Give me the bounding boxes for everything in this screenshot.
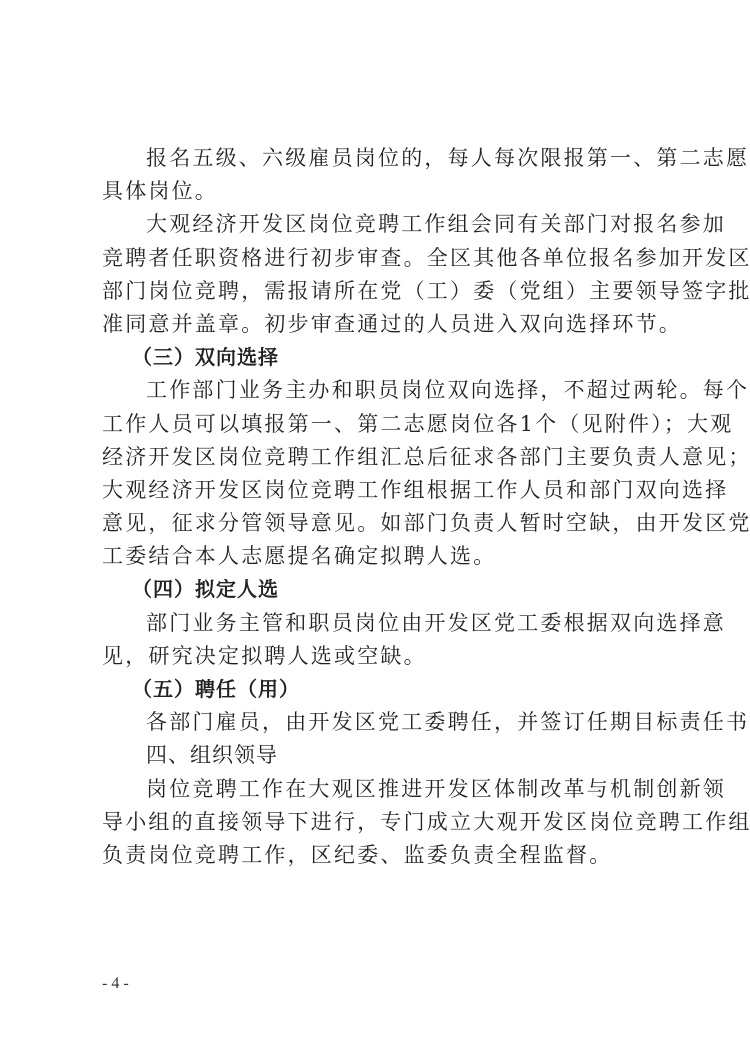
text-line: 负责岗位竞聘工作，区纪委、监委负责全程监督。 [102,839,660,872]
text-line: 部门岗位竞聘，需报请所在党（工）委（党组）主要领导签字批 [102,275,660,308]
section-heading-bidirectional-selection: （三）双向选择 [102,341,660,374]
text-line: 见，研究决定拟聘人选或空缺。 [102,640,660,673]
text-line: 大观经济开发区岗位竞聘工作组根据工作人员和部门双向选择 [102,474,660,507]
section-heading-appointment: （五）聘任（用） [102,673,660,706]
section-heading-organization-leadership: 四、组织领导 [102,739,660,772]
text-line: 竞聘者任职资格进行初步审查。全区其他各单位报名参加开发区 [102,242,660,275]
text-line: 部门业务主管和职员岗位由开发区党工委根据双向选择意 [102,607,660,640]
text-line: 工作人员可以填报第一、第二志愿岗位各1个（见附件）；大观 [102,408,660,441]
text-line: 经济开发区岗位竞聘工作组汇总后征求各部门主要负责人意见； [102,441,660,474]
document-body: 报名五级、六级雇员岗位的，每人每次限报第一、第二志愿 具体岗位。 大观经济开发区… [102,142,660,872]
text-line: 意见，征求分管领导意见。如部门负责人暂时空缺，由开发区党 [102,507,660,540]
text-line: 准同意并盖章。初步审查通过的人员进入双向选择环节。 [102,308,660,341]
text-line: 工委结合本人志愿提名确定拟聘人选。 [102,540,660,573]
text-line: 报名五级、六级雇员岗位的，每人每次限报第一、第二志愿 [102,142,660,175]
page-number: - 4 - [102,975,129,993]
section-heading-candidate-selection: （四）拟定人选 [102,573,660,606]
text-line: 导小组的直接领导下进行，专门成立大观开发区岗位竞聘工作组 [102,806,660,839]
text-line: 大观经济开发区岗位竞聘工作组会同有关部门对报名参加 [102,208,660,241]
text-line: 工作部门业务主办和职员岗位双向选择，不超过两轮。每个 [102,374,660,407]
text-line: 岗位竞聘工作在大观区推进开发区体制改革与机制创新领 [102,773,660,806]
text-line: 具体岗位。 [102,175,660,208]
text-line: 各部门雇员，由开发区党工委聘任，并签订任期目标责任书。 [102,706,660,739]
